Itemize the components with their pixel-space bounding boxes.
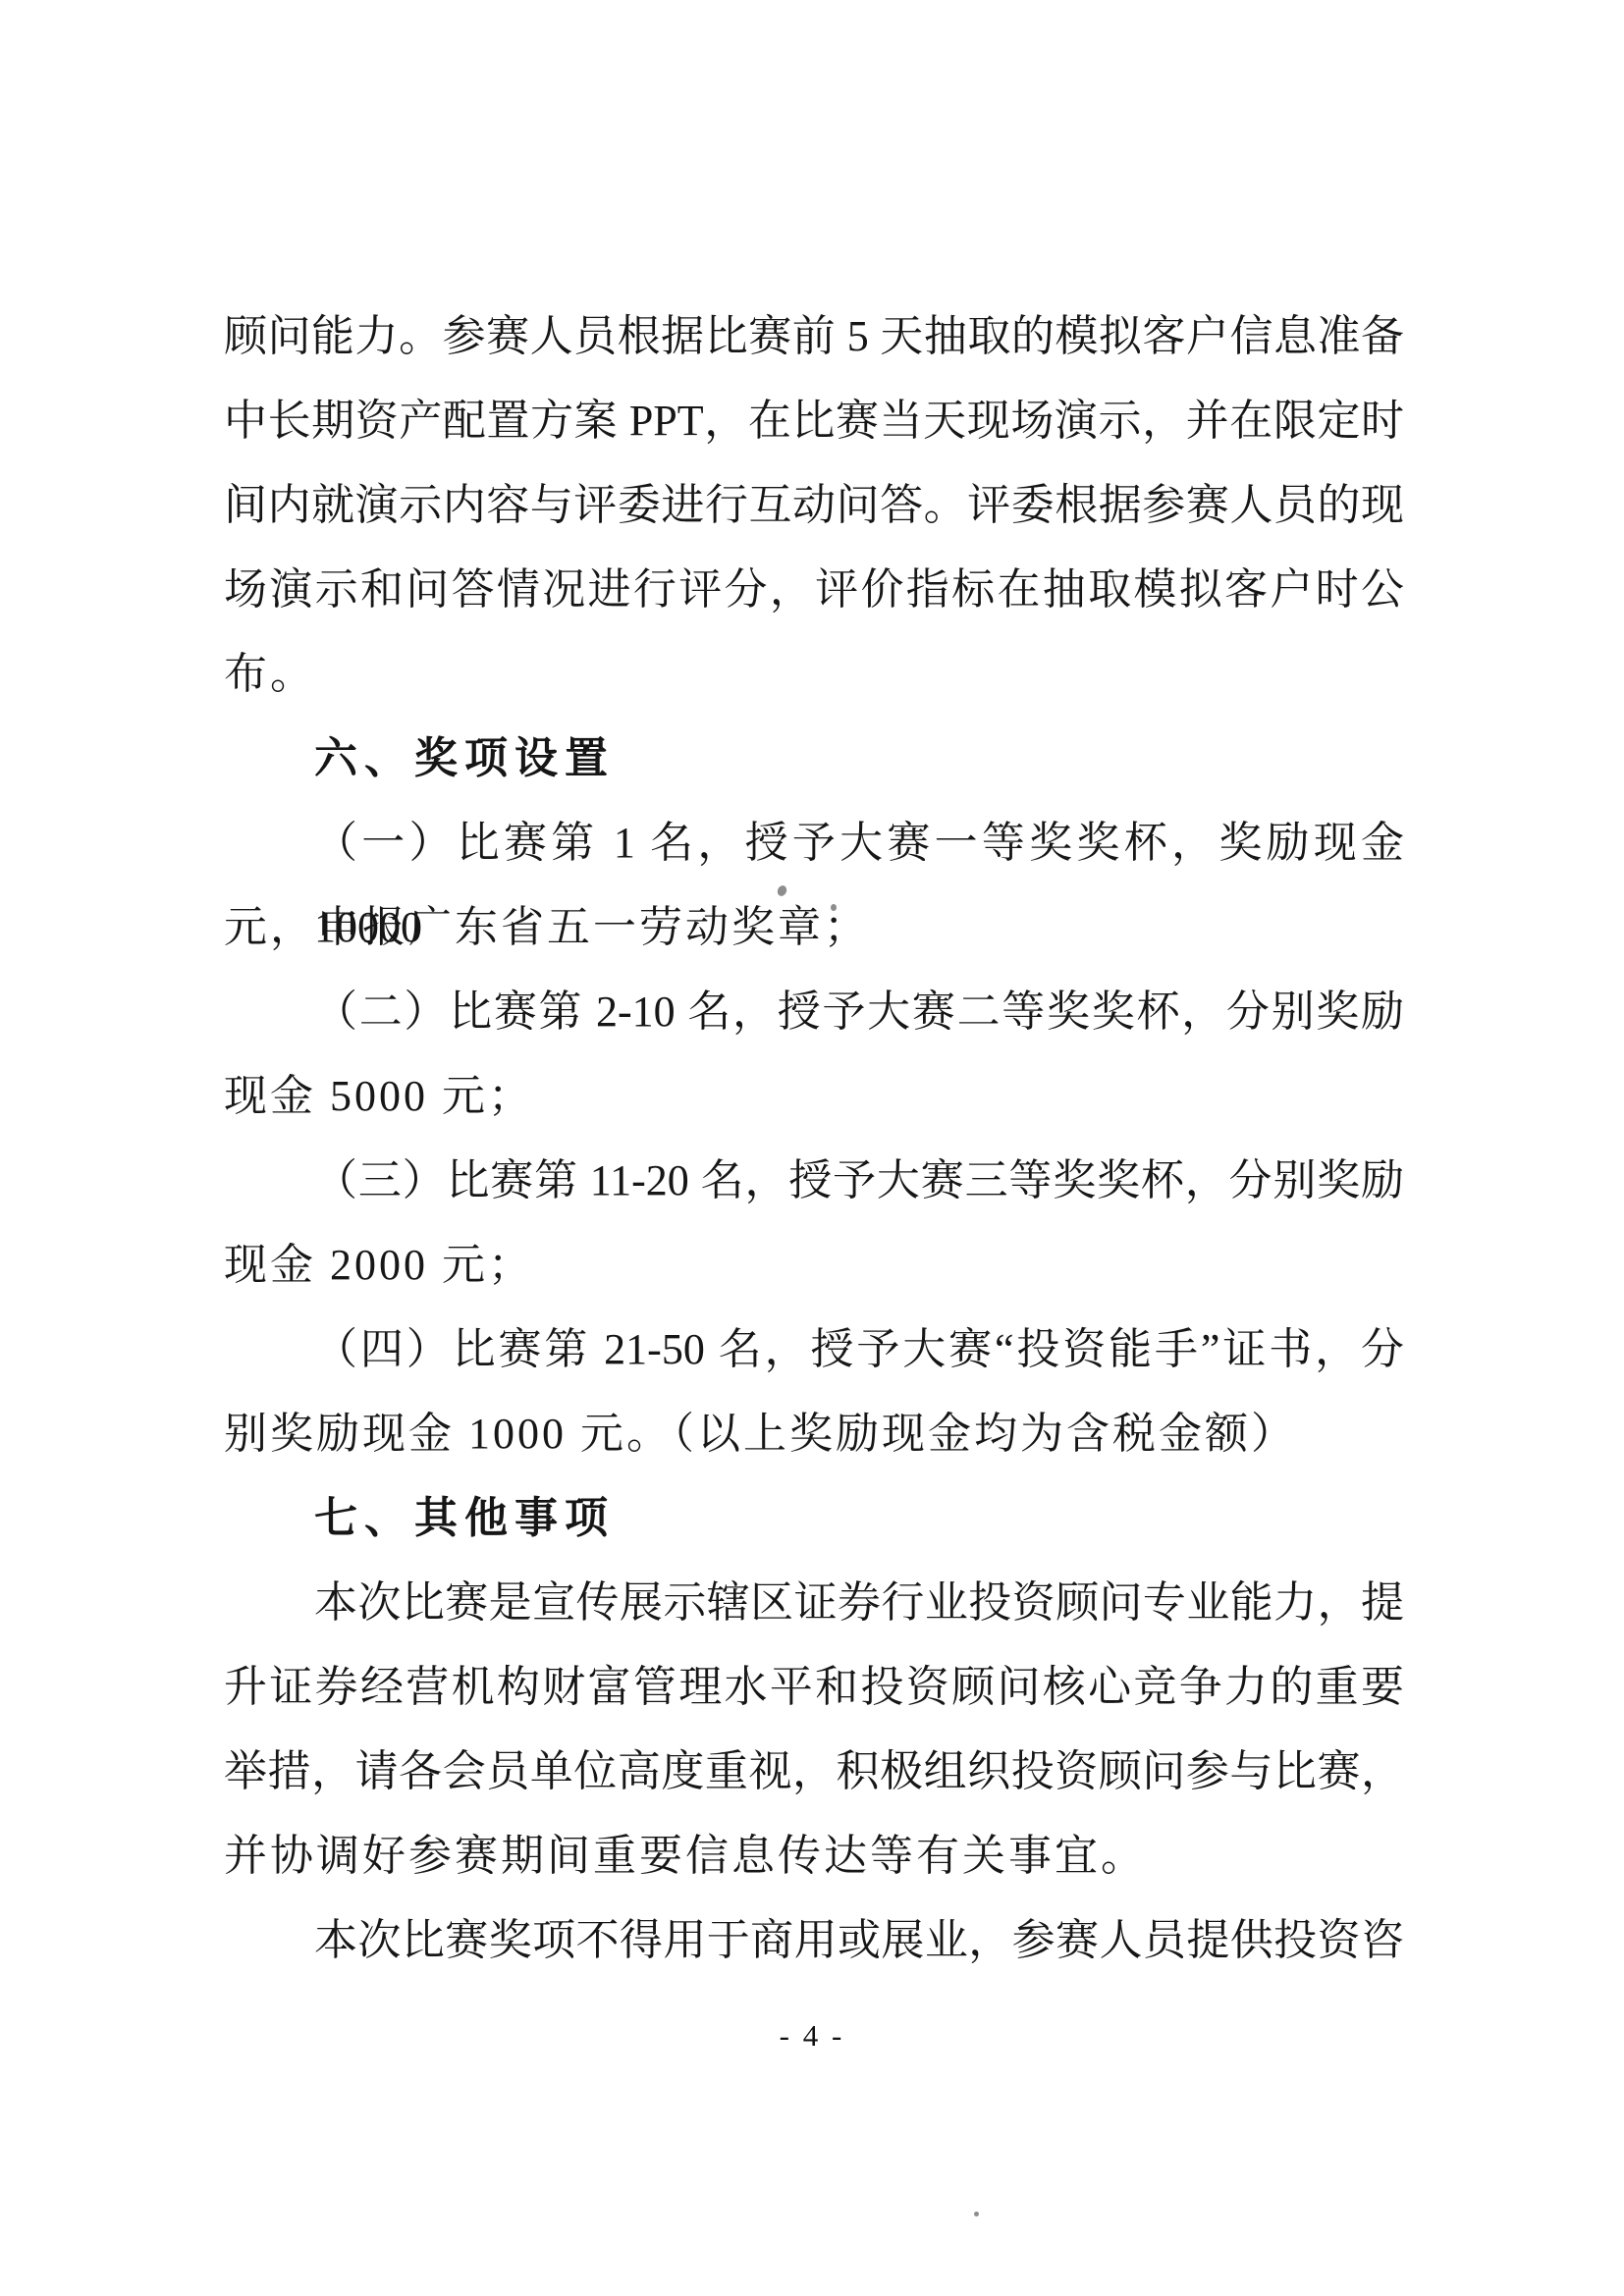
body-line: 现金 2000 元； [224,1223,1404,1308]
page-number: - 4 - [0,2014,1624,2057]
body-line: 并协调好参赛期间重要信息传达等有关事宜。 [224,1814,1404,1898]
body-line: 元，申报广东省五一劳动奖章； [224,885,1404,970]
section-heading-awards: 六、奖项设置 [224,717,1404,801]
scan-artifact [974,2212,979,2216]
document-page: 顾问能力。参赛人员根据比赛前 5 天抽取的模拟客户信息准备 中长期资产配置方案 … [0,0,1624,2296]
body-line: （四）比赛第 21-50 名，授予大赛“投资能手”证书，分 [224,1308,1404,1392]
body-line: 中长期资产配置方案 PPT，在比赛当天现场演示，并在限定时 [224,379,1404,463]
body-line: 顾问能力。参赛人员根据比赛前 5 天抽取的模拟客户信息准备 [224,294,1404,379]
body-line: 场演示和问答情况进行评分，评价指标在抽取模拟客户时公 [224,548,1404,632]
body-line: 本次比赛是宣传展示辖区证券行业投资顾问专业能力，提 [224,1561,1404,1645]
body-line: 布。 [224,632,1404,717]
body-line: 举措，请各会员单位高度重视，积极组织投资顾问参与比赛， [224,1730,1404,1814]
body-line: 现金 5000 元； [224,1054,1404,1139]
body-line: 本次比赛奖项不得用于商用或展业，参赛人员提供投资咨 [224,1898,1404,1983]
body-line: 升证券经营机构财富管理水平和投资顾问核心竞争力的重要 [224,1645,1404,1730]
document-body: 顾问能力。参赛人员根据比赛前 5 天抽取的模拟客户信息准备 中长期资产配置方案 … [224,294,1404,1983]
scan-artifact [831,904,837,911]
body-line: 间内就演示内容与评委进行互动问答。评委根据参赛人员的现 [224,463,1404,548]
body-line: （二）比赛第 2-10 名，授予大赛二等奖奖杯，分别奖励 [224,970,1404,1054]
body-line: （一）比赛第 1 名，授予大赛一等奖奖杯，奖励现金 10000 [224,801,1404,885]
body-line: 别奖励现金 1000 元。（以上奖励现金均为含税金额） [224,1392,1404,1476]
section-heading-other: 七、其他事项 [224,1476,1404,1561]
body-line: （三）比赛第 11-20 名，授予大赛三等奖奖杯，分别奖励 [224,1139,1404,1223]
